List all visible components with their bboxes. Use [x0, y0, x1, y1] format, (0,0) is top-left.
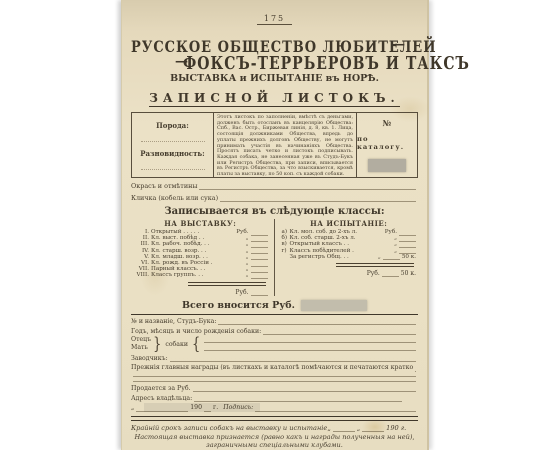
grand-total-row: Всего вносится Руб.	[131, 300, 418, 311]
catalog-number-box	[368, 159, 406, 172]
decorative-dash: —	[392, 37, 404, 52]
awards-continuation-line	[131, 379, 418, 382]
right-brace-glyph: }	[153, 334, 161, 354]
blank-line	[193, 389, 416, 392]
scanned-page: 175 РУССКОЕ ОБЩЕСТВО ЛЮБИТЕЛЕЙ — — ФОКСЪ…	[121, 0, 429, 450]
fee-blank	[251, 251, 268, 254]
blank-line	[170, 359, 416, 362]
footer-divider	[131, 416, 418, 421]
fee-blank	[251, 264, 268, 267]
parents-field: Отецъ Мать } собаки {	[131, 336, 418, 352]
catalog-number-cell: № по каталогу.	[357, 113, 417, 177]
trial-column-header: НА ИСПЫТАНІЕ:	[282, 219, 417, 228]
subtotal-rule	[188, 282, 266, 286]
sale-price-field: Продается за Руб.	[131, 385, 418, 392]
fee-blank	[382, 274, 399, 277]
quote-mark: „	[327, 424, 330, 432]
fee-blank	[399, 239, 416, 242]
grand-total-label: Всего вносится Руб.	[182, 300, 295, 311]
color-markings-field: Окрасъ и отмѣтины	[131, 183, 418, 190]
variety-label: Разновидность:	[140, 149, 205, 158]
total-amount-box	[301, 300, 367, 311]
date-signature-line: „ 190 г. Подпись:	[131, 404, 418, 411]
footer-notes: Крайній срокъ записи собакъ на выставку …	[131, 424, 418, 449]
birthdate-field: Годъ, мѣсяцъ и число рожденія собаки:	[131, 328, 418, 335]
blank-line	[133, 374, 416, 377]
deadline-year: 190 г.	[386, 424, 406, 432]
quote-mark: „	[131, 404, 134, 411]
blank-line	[220, 199, 416, 202]
fee-blank	[251, 239, 268, 242]
owner-address-field: Адресъ владѣльца:	[131, 395, 418, 402]
fee-blank	[251, 257, 268, 260]
classes-columns: НА ВЫСТАВКУ: I.Открытый . . . . .Руб. II…	[131, 219, 418, 296]
mother-label: Мать	[131, 344, 151, 352]
fee-blank	[251, 270, 268, 273]
trial-subtotal-row: Руб.50 к.	[282, 270, 417, 277]
fee-blank	[399, 245, 416, 248]
recognition-note-line1: Настоящая выставка признается (равно как…	[131, 433, 418, 441]
signature-label: Подпись:	[223, 404, 253, 411]
blank-line	[133, 379, 416, 382]
catalog-number-sign: №	[383, 118, 392, 128]
father-label: Отецъ	[131, 336, 151, 344]
fee-blank	[251, 233, 268, 236]
notice-cell: Этотъ листокъ по заполненіи, вмѣстѣ съ д…	[214, 113, 357, 177]
awards-label: Прежнія главныя награды (въ листкахъ и к…	[131, 364, 413, 371]
signature-blank-line	[255, 409, 416, 412]
variety-blank-line	[141, 165, 205, 170]
fee-blank	[399, 233, 416, 236]
deadline-line: Крайній срокъ записи собакъ на выставку …	[131, 424, 418, 432]
blank-line	[263, 332, 416, 335]
year-suffix: г.	[213, 404, 218, 411]
left-brace-glyph: {	[192, 334, 200, 354]
quote-mark: „	[357, 424, 360, 432]
owner-address-label: Адресъ владѣльца:	[131, 395, 192, 402]
fee-blank	[251, 245, 268, 248]
blank-line	[194, 399, 402, 402]
color-markings-label: Окрасъ и отмѣтины	[131, 183, 197, 190]
event-subtitle: ВЫСТАВКА и ИСПЫТАНІЕ въ НОРѢ.	[131, 73, 418, 84]
year-prefix: 190	[190, 404, 202, 411]
dog-name-label: Кличка (кобель или сука)	[131, 195, 218, 202]
form-title: ЗАПИСНОЙ ЛИСТОКЪ.	[149, 91, 399, 107]
society-title-line2: — ФОКСЪ-ТЕРРЬЕРОВЪ И ТАКСЪ	[131, 53, 418, 68]
show-classes-column: НА ВЫСТАВКУ: I.Открытый . . . . .Руб. II…	[131, 219, 275, 296]
register-fee-row: За регистръ Общ. . .„50 к.	[282, 255, 417, 261]
blank-line	[333, 429, 355, 432]
blank-line	[218, 322, 416, 325]
father-blank-line	[204, 340, 416, 343]
scan-canvas: 175 РУССКОЕ ОБЩЕСТВО ЛЮБИТЕЛЕЙ — — ФОКСЪ…	[0, 0, 550, 450]
show-subtotal-row: Руб.	[133, 289, 268, 296]
breed-label: Порода:	[156, 121, 189, 130]
fee-blank	[251, 293, 268, 296]
trial-classes-column: НА ИСПЫТАНІЕ: а)Кл. мол. соб. до 2-хъ л.…	[275, 219, 419, 296]
sale-price-label: Продается за Руб.	[131, 385, 191, 392]
breed-variety-cell: Порода: Разновидность:	[132, 113, 214, 177]
deadline-label: Крайній срокъ записи собакъ на выставку …	[131, 424, 327, 432]
awards-field: Прежнія главныя награды (въ листкахъ и к…	[131, 364, 418, 371]
submission-notice: Этотъ листокъ по заполненіи, вмѣстѣ съ д…	[217, 115, 353, 178]
of-dog-label: собаки	[165, 341, 188, 348]
subtotal-rule	[336, 263, 414, 267]
recognition-note-line2: заграничными спеціальными клубами.	[131, 441, 418, 449]
blank-line	[415, 369, 416, 372]
blank-line	[362, 429, 384, 432]
blank-line	[204, 409, 211, 412]
studbook-label: № и названіе, Студъ-Бука:	[131, 318, 216, 325]
mother-blank-line	[204, 348, 416, 351]
section-divider	[131, 314, 418, 315]
awards-continuation-line	[131, 374, 418, 377]
blank-line	[199, 187, 416, 190]
society-title-line1: РУССКОЕ ОБЩЕСТВО ЛЮБИТЕЛЕЙ —	[131, 36, 418, 50]
fee-blank	[383, 257, 400, 260]
blank-line	[136, 409, 188, 412]
show-class-row: VIII.Классъ группъ. . .„	[133, 273, 268, 279]
classes-heading: Записывается въ слѣдующіе классы:	[131, 206, 418, 217]
page-number: 175	[257, 14, 292, 25]
society-name-continued: ФОКСЪ-ТЕРРЬЕРОВЪ И ТАКСЪ	[183, 54, 470, 74]
studbook-field: № и названіе, Студъ-Бука:	[131, 318, 418, 325]
breeder-field: Заводчикъ:	[131, 355, 418, 362]
show-column-header: НА ВЫСТАВКУ:	[133, 219, 268, 228]
info-table: Порода: Разновидность: Этотъ листокъ по …	[131, 112, 418, 178]
breeder-label: Заводчикъ:	[131, 355, 168, 362]
catalog-label: по каталогу.	[357, 135, 417, 151]
breed-blank-line	[141, 137, 205, 142]
dog-details-section: № и названіе, Студъ-Бука: Годъ, мѣсяцъ и…	[131, 318, 418, 412]
fee-blank	[251, 276, 268, 279]
dog-name-field: Кличка (кобель или сука)	[131, 195, 418, 202]
